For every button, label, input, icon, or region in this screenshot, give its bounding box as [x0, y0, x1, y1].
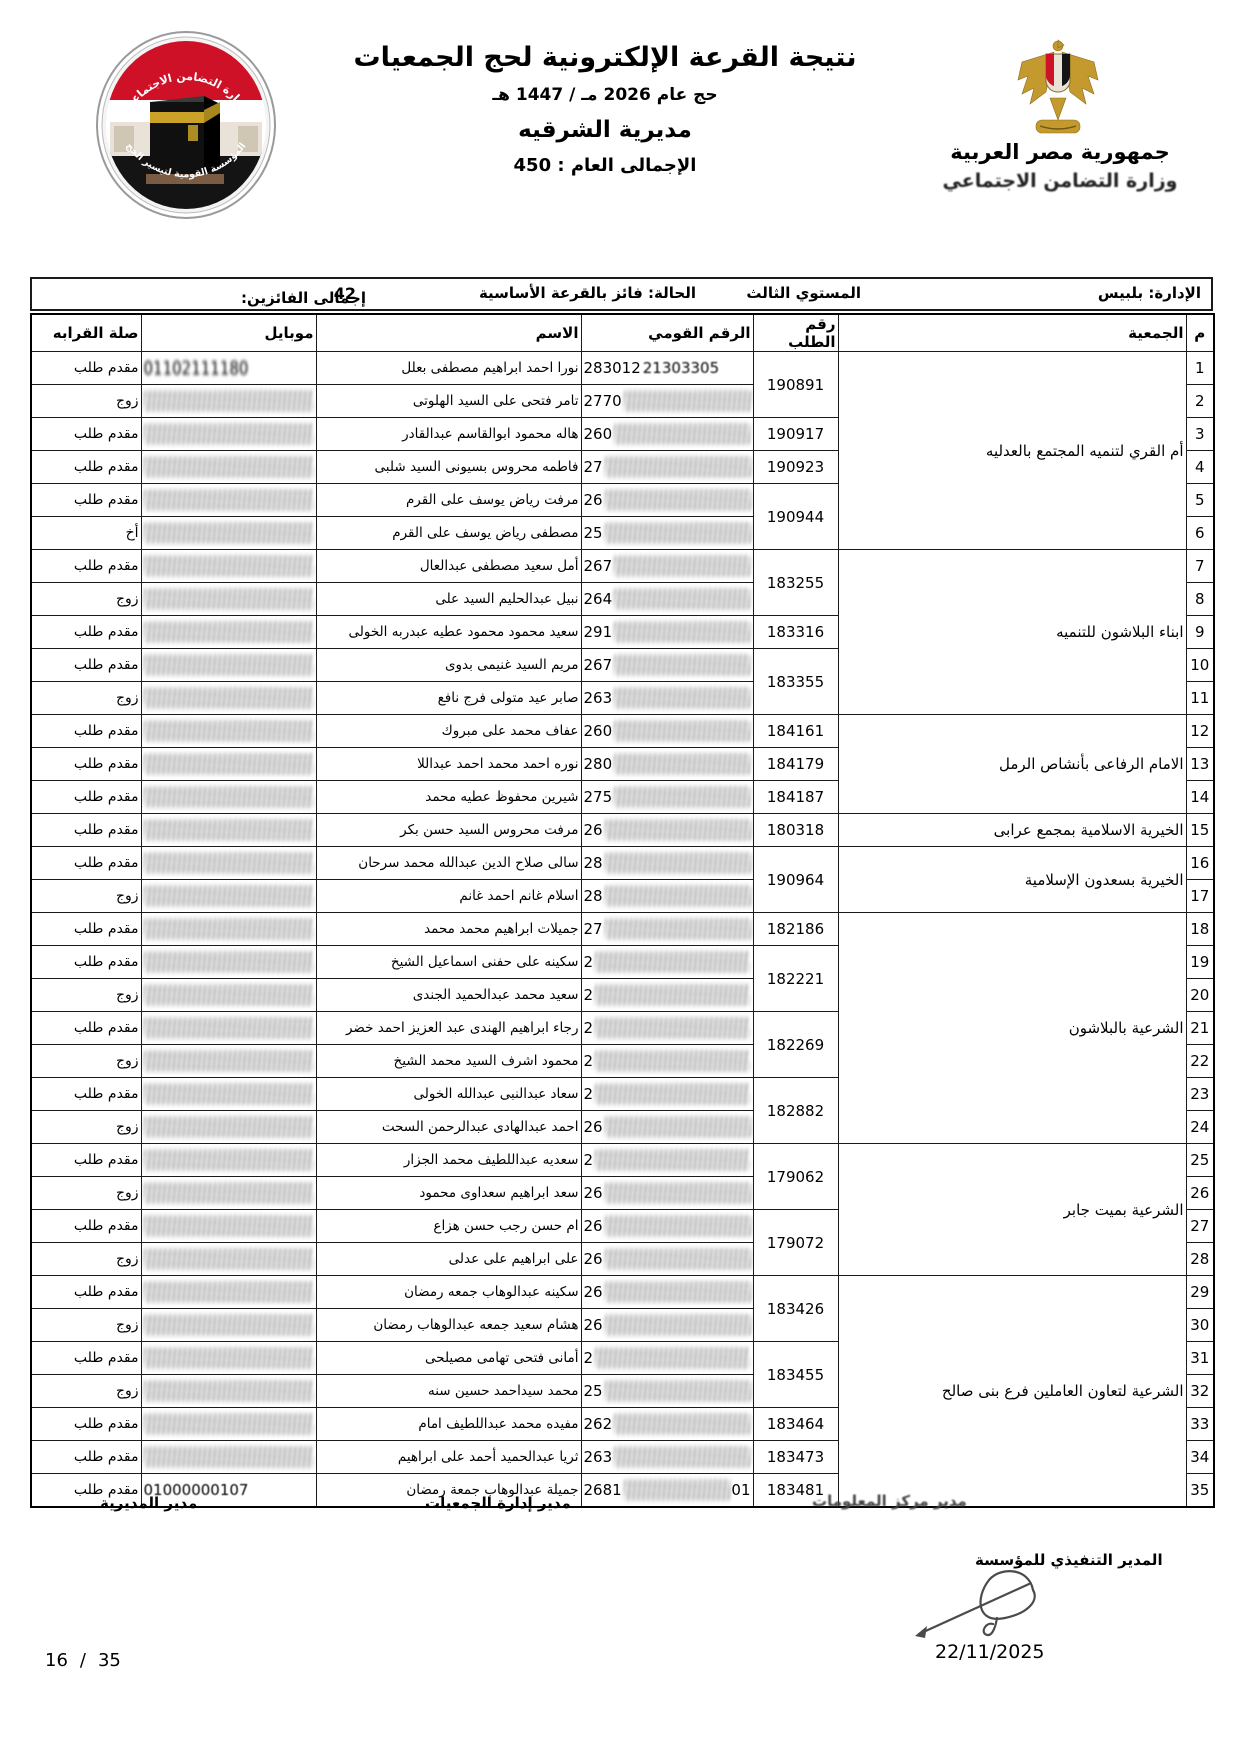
request-number-cell: 190964 [753, 847, 838, 913]
name-cell: محمد سيداحمد حسين سنه [316, 1375, 581, 1408]
redaction-smudge [143, 489, 314, 511]
name-cell: هاله محمود ابوالقاسم عبدالقادر [316, 418, 581, 451]
table-row: 29الشرعية لتعاون العاملين فرع بنى صالح18… [31, 1276, 1214, 1309]
redaction-smudge [143, 555, 314, 577]
national-id-value: 26 [584, 1316, 751, 1334]
mobile-value [144, 557, 314, 575]
name-cell: هشام سعيد جمعه عبدالوهاب رمضان [316, 1309, 581, 1342]
request-number-cell: 190917 [753, 418, 838, 451]
request-number-cell: 180318 [753, 814, 838, 847]
redaction-smudge [143, 1281, 314, 1303]
redaction-smudge [143, 984, 314, 1006]
national-id-cell: 26 [581, 814, 753, 847]
name-cell: سعاد عبدالنبى عبدالله الخولى [316, 1078, 581, 1111]
association-cell: ابناء البلاشون للتنميه [838, 550, 1186, 715]
relation-cell: مقدم طلب [31, 913, 141, 946]
request-number-cell: 183355 [753, 649, 838, 715]
col-header-serial: م [1186, 314, 1214, 352]
row-serial: 29 [1186, 1276, 1214, 1309]
mobile-cell [141, 1243, 316, 1276]
row-serial: 21 [1186, 1012, 1214, 1045]
redaction-smudge [143, 786, 314, 808]
national-id-visible-digits: 260 [584, 425, 613, 443]
relation-cell: مقدم طلب [31, 1078, 141, 1111]
request-number-cell: 190891 [753, 352, 838, 418]
title-block: نتيجة القرعة الإلكترونية لحج الجمعيات حج… [330, 42, 880, 176]
request-number-cell: 183316 [753, 616, 838, 649]
redaction-smudge [604, 1380, 751, 1402]
redaction-smudge [143, 687, 314, 709]
redaction-smudge [143, 1215, 314, 1237]
relation-cell: أخ [31, 517, 141, 550]
redaction-smudge [143, 1050, 314, 1072]
national-id-visible-digits: 267 [584, 656, 613, 674]
national-id-visible-digits: 26 [584, 491, 603, 509]
national-id-cell: 262 [581, 1408, 753, 1441]
national-id-value: 260 [584, 425, 751, 443]
mobile-value [144, 1415, 314, 1433]
mobile-value [144, 425, 314, 443]
national-id-visible-digits: 2 [584, 1151, 594, 1169]
relation-cell: زوج [31, 385, 141, 418]
redaction-smudge [604, 1314, 751, 1336]
signature-label-directorate-director: مدير المديرية [100, 1494, 197, 1512]
national-id-cell: 2 [581, 1144, 753, 1177]
redaction-smudge [614, 654, 751, 676]
name-cell: نوره احمد محمد احمد عبداللا [316, 748, 581, 781]
row-serial: 20 [1186, 979, 1214, 1012]
results-table-header: م الجمعية رقم الطلب الرقم القومي الاسم م… [31, 314, 1214, 352]
table-row: 18الشرعية بالبلاشون18218627جميلات ابراهي… [31, 913, 1214, 946]
col-header-relation: صلة القرابه [31, 314, 141, 352]
row-serial: 4 [1186, 451, 1214, 484]
redaction-smudge [595, 1347, 751, 1369]
table-row: 15الخيرية الاسلامية بمجمع عرابى18031826م… [31, 814, 1214, 847]
request-number-cell: 183426 [753, 1276, 838, 1342]
national-id-cell: 267 [581, 550, 753, 583]
row-serial: 6 [1186, 517, 1214, 550]
relation-cell: مقدم طلب [31, 1210, 141, 1243]
relation-cell: زوج [31, 1375, 141, 1408]
name-cell: مصطفى رياض يوسف على القرم [316, 517, 581, 550]
mobile-value [144, 656, 314, 674]
redaction-smudge [614, 687, 751, 709]
page-number: 16/35 [45, 1650, 121, 1671]
redaction-smudge [623, 1479, 730, 1501]
redaction-smudge [595, 1017, 751, 1039]
mobile-cell [141, 1441, 316, 1474]
national-id-value: 291 [584, 623, 751, 641]
mobile-value [144, 788, 314, 806]
results-table-body: 1أم القري لتنميه المجتمع بالعدليه1908912… [31, 352, 1214, 1507]
national-id-visible-digits: 262 [584, 1415, 613, 1433]
mobile-value [144, 722, 314, 740]
redaction-smudge [143, 1182, 314, 1204]
national-id-value: 263 [584, 1448, 751, 1466]
mobile-value [144, 1217, 314, 1235]
mobile-cell [141, 484, 316, 517]
col-header-national-id: الرقم القومي [581, 314, 753, 352]
row-serial: 1 [1186, 352, 1214, 385]
mobile-cell [141, 1111, 316, 1144]
name-cell: ثريا عبدالحميد أحمد على ابراهيم [316, 1441, 581, 1474]
row-serial: 5 [1186, 484, 1214, 517]
name-cell: اسلام غانم احمد غانم [316, 880, 581, 913]
name-cell: فاطمه محروس بسيونى السيد شلبى [316, 451, 581, 484]
national-id-cell: 263 [581, 1441, 753, 1474]
redaction-smudge [595, 1149, 751, 1171]
status-field: الحالة: فائز بالقرعة الأساسية [479, 284, 696, 302]
row-serial: 35 [1186, 1474, 1214, 1507]
mobile-value [144, 986, 314, 1004]
national-id-value: 275 [584, 788, 751, 806]
redaction-smudge [143, 1446, 314, 1468]
national-id-cell: 2 [581, 1045, 753, 1078]
national-id-cell: 28 [581, 880, 753, 913]
row-serial: 8 [1186, 583, 1214, 616]
table-row: 16الخيرية بسعدون الإسلامية19096428سالى ص… [31, 847, 1214, 880]
row-serial: 3 [1186, 418, 1214, 451]
grand-total-line: الإجمالى العام : 450 [330, 155, 880, 176]
relation-cell: زوج [31, 1309, 141, 1342]
national-id-value: 25 [584, 1382, 751, 1400]
relation-cell: مقدم طلب [31, 1408, 141, 1441]
mobile-cell [141, 583, 316, 616]
national-id-value: 26 [584, 1118, 751, 1136]
redaction-smudge [604, 1182, 751, 1204]
mobile-value [144, 1184, 314, 1202]
redaction-smudge [143, 951, 314, 973]
request-number-cell: 183473 [753, 1441, 838, 1474]
national-id-cell: 260 [581, 418, 753, 451]
national-id-cell: 25 [581, 517, 753, 550]
redaction-smudge [614, 1446, 751, 1468]
redaction-smudge [614, 621, 751, 643]
mobile-value [144, 920, 314, 938]
foundation-logo: وزارة التضامن الاجتماعي المؤسسة القومية … [92, 30, 280, 220]
table-row: 25الشرعية بميت جابر1790622سعديه عبداللطي… [31, 1144, 1214, 1177]
redaction-smudge [604, 819, 751, 841]
mobile-value [144, 458, 314, 476]
relation-cell: مقدم طلب [31, 1276, 141, 1309]
association-cell: الامام الرفاعى بأنشاص الرمل [838, 715, 1186, 814]
national-id-value: 27 [584, 458, 751, 476]
association-cell: الخيرية الاسلامية بمجمع عرابى [838, 814, 1186, 847]
relation-cell: مقدم طلب [31, 352, 141, 385]
national-id-visible-digits: 275 [584, 788, 613, 806]
redaction-smudge [595, 1050, 751, 1072]
national-id-cell: 2770 [581, 385, 753, 418]
mobile-value [144, 755, 314, 773]
request-number-cell: 183255 [753, 550, 838, 616]
document-title: نتيجة القرعة الإلكترونية لحج الجمعيات [330, 42, 880, 73]
name-cell: سعد ابراهيم سعداوى محمود [316, 1177, 581, 1210]
relation-cell: زوج [31, 1177, 141, 1210]
directorate-line: مديرية الشرقيه [330, 117, 880, 143]
relation-cell: مقدم طلب [31, 847, 141, 880]
row-serial: 28 [1186, 1243, 1214, 1276]
mobile-cell [141, 748, 316, 781]
national-id-value: 2 [584, 953, 751, 971]
national-id-visible-digits: 28 [584, 854, 603, 872]
national-id-cell: 27 [581, 451, 753, 484]
mobile-cell [141, 418, 316, 451]
level-field: المستوي الثالث [746, 284, 861, 302]
request-number-cell: 184179 [753, 748, 838, 781]
document-page: وزارة التضامن الاجتماعي المؤسسة القومية … [0, 0, 1241, 1754]
national-id-visible-digits: 267 [584, 557, 613, 575]
redaction-smudge [614, 423, 751, 445]
redaction-smudge [143, 390, 314, 412]
redaction-smudge [143, 522, 314, 544]
row-serial: 22 [1186, 1045, 1214, 1078]
name-cell: شيرين محفوظ عطيه محمد [316, 781, 581, 814]
mobile-value [144, 392, 314, 410]
national-id-value: 26 [584, 491, 751, 509]
relation-cell: مقدم طلب [31, 1144, 141, 1177]
relation-cell: مقدم طلب [31, 418, 141, 451]
mobile-cell [141, 1375, 316, 1408]
mobile-value [144, 1085, 314, 1103]
row-serial: 30 [1186, 1309, 1214, 1342]
mobile-cell [141, 451, 316, 484]
national-id-visible-digits: 26 [584, 821, 603, 839]
national-id-visible-digits: 27 [584, 920, 603, 938]
national-id-value: 2 [584, 1151, 751, 1169]
redaction-smudge [604, 1116, 751, 1138]
national-id-tail-digits: 01 [731, 1481, 750, 1499]
national-id-visible-digits: 2 [584, 953, 594, 971]
request-number-cell: 190944 [753, 484, 838, 550]
national-id-value: 268101 [584, 1481, 751, 1499]
row-serial: 17 [1186, 880, 1214, 913]
national-id-visible-digits: 25 [584, 1382, 603, 1400]
relation-cell: زوج [31, 1243, 141, 1276]
national-id-visible-digits: 2681 [584, 1481, 622, 1499]
request-number-cell: 182269 [753, 1012, 838, 1078]
mobile-cell [141, 1144, 316, 1177]
mobile-value [144, 590, 314, 608]
administration-field: الإدارة: بلبيس [1098, 284, 1201, 302]
flag-shield-icon [1046, 54, 1070, 92]
row-serial: 27 [1186, 1210, 1214, 1243]
name-cell: سعيد محمد عبدالحميد الجندى [316, 979, 581, 1012]
national-id-cell: 2 [581, 979, 753, 1012]
mobile-cell [141, 913, 316, 946]
col-header-name: الاسم [316, 314, 581, 352]
winners-total-field: إجمالى الفائزين:42 [334, 284, 366, 303]
redaction-smudge [623, 390, 751, 412]
national-id-cell: 28301221303305 [581, 352, 753, 385]
ministry-name: وزارة التضامن الاجتماعي [915, 170, 1205, 192]
mobile-value [144, 1019, 314, 1037]
national-id-cell: 2 [581, 1078, 753, 1111]
redaction-smudge [143, 918, 314, 940]
mobile-cell [141, 880, 316, 913]
national-id-visible-digits: 263 [584, 1448, 613, 1466]
redaction-smudge [143, 720, 314, 742]
redaction-smudge [143, 423, 314, 445]
redaction-smudge [143, 1083, 314, 1105]
national-id-visible-digits: 264 [584, 590, 613, 608]
table-row: 7ابناء البلاشون للتنميه183255267أمل سعيد… [31, 550, 1214, 583]
national-id-value: 28301221303305 [584, 359, 751, 377]
row-serial: 31 [1186, 1342, 1214, 1375]
national-id-cell: 28 [581, 847, 753, 880]
row-serial: 26 [1186, 1177, 1214, 1210]
redaction-smudge [143, 1314, 314, 1336]
redaction-smudge [143, 753, 314, 775]
national-id-value: 280 [584, 755, 751, 773]
col-header-mobile: موبايل [141, 314, 316, 352]
national-id-visible-digits: 2 [584, 1019, 594, 1037]
national-id-value: 260 [584, 722, 751, 740]
national-id-cell: 2 [581, 1012, 753, 1045]
mobile-cell [141, 1342, 316, 1375]
row-serial: 24 [1186, 1111, 1214, 1144]
national-id-visible-digits: 28 [584, 887, 603, 905]
name-cell: مفيده محمد عبداللطيف امام [316, 1408, 581, 1441]
mobile-cell [141, 616, 316, 649]
mobile-cell [141, 1309, 316, 1342]
redaction-smudge [604, 852, 751, 874]
mobile-cell: 01102111180 [141, 352, 316, 385]
national-id-cell: 25 [581, 1375, 753, 1408]
request-number-cell: 182882 [753, 1078, 838, 1144]
national-id-cell: 275 [581, 781, 753, 814]
row-serial: 11 [1186, 682, 1214, 715]
name-cell: سكينه عبدالوهاب جمعه رمضان [316, 1276, 581, 1309]
request-number-cell: 184187 [753, 781, 838, 814]
redaction-smudge [604, 918, 751, 940]
national-id-cell: 2 [581, 1342, 753, 1375]
mobile-value [144, 821, 314, 839]
mobile-value [144, 1151, 314, 1169]
national-id-value: 267 [584, 656, 751, 674]
request-number-cell: 184161 [753, 715, 838, 748]
name-cell: سعديه عبداللطيف محمد الجزار [316, 1144, 581, 1177]
relation-cell: مقدم طلب [31, 616, 141, 649]
national-id-visible-digits: 291 [584, 623, 613, 641]
document-date: 22/11/2025 [935, 1641, 1045, 1663]
national-id-cell: 2 [581, 946, 753, 979]
national-id-semi-digits: 21303305 [643, 359, 719, 377]
mobile-cell [141, 550, 316, 583]
handwritten-signature [905, 1560, 1055, 1649]
row-serial: 25 [1186, 1144, 1214, 1177]
national-id-value: 2 [584, 1085, 751, 1103]
row-serial: 12 [1186, 715, 1214, 748]
national-id-cell: 263 [581, 682, 753, 715]
national-id-value: 28 [584, 854, 751, 872]
redaction-smudge [595, 951, 751, 973]
mobile-cell [141, 715, 316, 748]
mobile-cell [141, 946, 316, 979]
row-serial: 18 [1186, 913, 1214, 946]
national-id-value: 263 [584, 689, 751, 707]
redaction-smudge [143, 588, 314, 610]
egypt-eagle-emblem [1008, 36, 1108, 140]
national-id-value: 2 [584, 1052, 751, 1070]
relation-cell: مقدم طلب [31, 1441, 141, 1474]
national-id-cell: 291 [581, 616, 753, 649]
relation-cell: مقدم طلب [31, 781, 141, 814]
results-table: م الجمعية رقم الطلب الرقم القومي الاسم م… [30, 313, 1215, 1508]
national-id-value: 262 [584, 1415, 751, 1433]
national-id-visible-digits: 26 [584, 1217, 603, 1235]
national-id-value: 28 [584, 887, 751, 905]
mobile-cell [141, 979, 316, 1012]
mobile-cell [141, 1078, 316, 1111]
redaction-smudge [143, 1413, 314, 1435]
national-id-visible-digits: 2770 [584, 392, 622, 410]
national-id-value: 2 [584, 986, 751, 1004]
mobile-cell [141, 1012, 316, 1045]
national-id-visible-digits: 26 [584, 1316, 603, 1334]
row-serial: 34 [1186, 1441, 1214, 1474]
association-cell: الشرعية بالبلاشون [838, 913, 1186, 1144]
row-serial: 2 [1186, 385, 1214, 418]
name-cell: سالى صلاح الدين عبدالله محمد سرحان [316, 847, 581, 880]
national-id-value: 2770 [584, 392, 751, 410]
national-id-value: 26 [584, 821, 751, 839]
name-cell: ام حسن رجب حسن هزاع [316, 1210, 581, 1243]
redaction-smudge [143, 621, 314, 643]
name-cell: صابر عيد متولى فرج نافع [316, 682, 581, 715]
relation-cell: مقدم طلب [31, 814, 141, 847]
foundation-logo-graphic: وزارة التضامن الاجتماعي المؤسسة القومية … [92, 30, 280, 220]
request-number-cell: 182186 [753, 913, 838, 946]
national-id-value: 26 [584, 1283, 751, 1301]
relation-cell: زوج [31, 1045, 141, 1078]
national-id-visible-digits: 26 [584, 1184, 603, 1202]
mobile-value [144, 1052, 314, 1070]
name-cell: سكينه على حفنى اسماعيل الشيخ [316, 946, 581, 979]
redaction-smudge [143, 819, 314, 841]
national-id-value: 26 [584, 1184, 751, 1202]
national-id-visible-digits: 263 [584, 689, 613, 707]
name-cell: نبيل عبدالحليم السيد على [316, 583, 581, 616]
mobile-value [144, 854, 314, 872]
row-serial: 33 [1186, 1408, 1214, 1441]
redaction-smudge [614, 555, 751, 577]
request-number-cell: 183464 [753, 1408, 838, 1441]
relation-cell: مقدم طلب [31, 649, 141, 682]
mobile-value [144, 689, 314, 707]
request-number-cell: 190923 [753, 451, 838, 484]
mobile-value [144, 1118, 314, 1136]
national-id-visible-digits: 26 [584, 1250, 603, 1268]
mobile-cell [141, 1045, 316, 1078]
row-serial: 23 [1186, 1078, 1214, 1111]
page-number-total: 35 [98, 1650, 121, 1671]
national-id-value: 264 [584, 590, 751, 608]
mobile-value [144, 1448, 314, 1466]
mobile-value [144, 491, 314, 509]
mobile-cell [141, 649, 316, 682]
mobile-value [144, 953, 314, 971]
mobile-value [144, 887, 314, 905]
redaction-smudge [143, 885, 314, 907]
mobile-cell [141, 1408, 316, 1441]
row-serial: 10 [1186, 649, 1214, 682]
redaction-smudge [604, 456, 751, 478]
name-cell: عفاف محمد على مبروك [316, 715, 581, 748]
national-id-cell: 26 [581, 1243, 753, 1276]
national-id-value: 26 [584, 1217, 751, 1235]
national-id-value: 25 [584, 524, 751, 542]
redaction-smudge [143, 654, 314, 676]
